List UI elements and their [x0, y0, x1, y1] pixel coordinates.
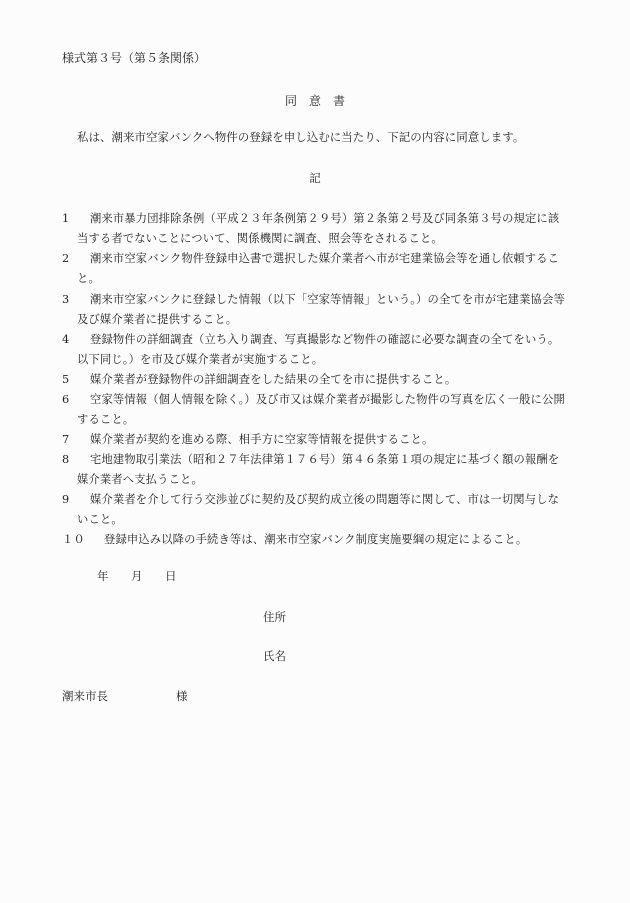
- honorific: 様: [176, 688, 188, 704]
- item-number: １０: [62, 531, 92, 547]
- list-item-continuation: 当する者でないことについて、関係機関に調査、照会等をされること。: [77, 230, 443, 246]
- document-title: 同意書: [0, 92, 630, 109]
- ki-heading: 記: [0, 170, 630, 186]
- date-line: 年月日: [97, 568, 199, 584]
- addressee-title: 潮来市長: [62, 689, 108, 703]
- item-text: 潮来市暴力団排除条例（平成２３年条例第２９号）第２条第２号及び同条第３号の規定に…: [90, 212, 559, 225]
- item-text: 登録申込み以降の手続き等は、潮来市空家バンク制度実施要綱の規定によること。: [104, 533, 527, 546]
- item-text: 空家等情報（個人情報を除く。）及び市又は媒介業者が撮影した物件の写真を広く一般に…: [90, 393, 565, 406]
- item-text: 媒介業者が契約を進める際、相手方に空家等情報を提供すること。: [90, 433, 433, 446]
- item-number: 3: [62, 293, 82, 306]
- item-text: 宅地建物取引業法（昭和２７年法律第１７６号）第４６条第１項の規定に基づく額の報酬…: [90, 453, 559, 466]
- year-label: 年: [97, 568, 131, 584]
- form-number: 様式第３号（第５条関係）: [62, 49, 206, 66]
- list-item: 7媒介業者が契約を進める際、相手方に空家等情報を提供すること。: [62, 431, 433, 447]
- item-number: 9: [62, 493, 82, 506]
- list-item: 8宅地建物取引業法（昭和２７年法律第１７６号）第４６条第１項の規定に基づく額の報…: [62, 451, 559, 467]
- item-text: 媒介業者を介して行う交渉並びに契約及び契約成立後の問題等に関して、市は一切関与し…: [90, 493, 559, 506]
- list-item: １０登録申込み以降の手続き等は、潮来市空家バンク制度実施要綱の規定によること。: [62, 531, 527, 547]
- list-item-continuation: 以下同じ。）を市及び媒介業者が実施すること。: [77, 351, 323, 367]
- list-item-continuation: いこと。: [77, 511, 123, 527]
- list-item: 9媒介業者を介して行う交渉並びに契約及び契約成立後の問題等に関して、市は一切関与…: [62, 491, 559, 507]
- intro-statement: 私は、潮来市空家バンクへ物件の登録を申し込むに当たり、下記の内容に同意します。: [77, 129, 524, 145]
- item-number: 2: [62, 252, 82, 265]
- list-item: 4登録物件の詳細調査（立ち入り調査、写真撮影など物件の確認に必要な調査の全てをい…: [62, 331, 559, 347]
- list-item-continuation: 媒介業者へ支払うこと。: [77, 471, 203, 487]
- list-item-continuation: すること。: [77, 411, 134, 427]
- addressee: 潮来市長様: [62, 688, 188, 704]
- list-item: 2潮来市空家バンク物件登録申込書で選択した媒介業者へ市が宅建業協会等を通し依頼す…: [62, 250, 559, 266]
- item-number: 6: [62, 393, 82, 406]
- item-number: 5: [62, 373, 82, 386]
- address-label: 住所: [263, 609, 286, 625]
- list-item: 3潮来市空家バンクに登録した情報（以下「空家等情報」という。）の全てを市が宅建業…: [62, 291, 565, 307]
- day-label: 日: [165, 568, 199, 584]
- item-text: 潮来市空家バンクに登録した情報（以下「空家等情報」という。）の全てを市が宅建業協…: [90, 293, 565, 306]
- list-item-continuation: と。: [77, 270, 100, 286]
- item-number: 8: [62, 453, 82, 466]
- list-item-continuation: 及び媒介業者に提供すること。: [77, 311, 237, 327]
- list-item: 1潮来市暴力団排除条例（平成２３年条例第２９号）第２条第２号及び同条第３号の規定…: [62, 210, 559, 226]
- item-number: 1: [62, 212, 82, 225]
- item-number: 4: [62, 333, 82, 346]
- name-label: 氏名: [263, 648, 286, 664]
- item-number: 7: [62, 433, 82, 446]
- item-text: 登録物件の詳細調査（立ち入り調査、写真撮影など物件の確認に必要な調査の全てをいう…: [90, 333, 559, 346]
- list-item: 5媒介業者が登録物件の詳細調査をした結果の全てを市に提供すること。: [62, 371, 456, 387]
- item-text: 媒介業者が登録物件の詳細調査をした結果の全てを市に提供すること。: [90, 373, 456, 386]
- list-item: 6空家等情報（個人情報を除く。）及び市又は媒介業者が撮影した物件の写真を広く一般…: [62, 391, 565, 407]
- item-text: 潮来市空家バンク物件登録申込書で選択した媒介業者へ市が宅建業協会等を通し依頼する…: [90, 252, 559, 265]
- month-label: 月: [131, 568, 165, 584]
